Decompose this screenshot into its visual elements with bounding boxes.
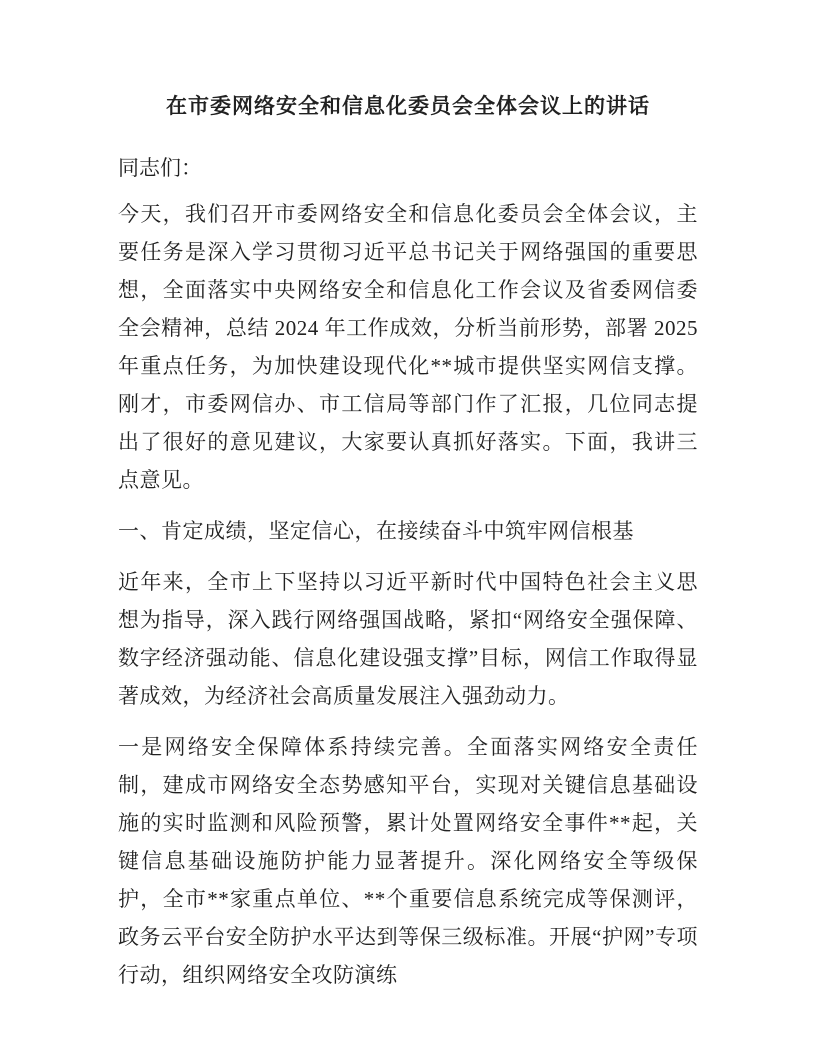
document-title: 在市委网络安全和信息化委员会全体会议上的讲话 [118, 87, 698, 125]
document-page: 在市委网络安全和信息化委员会全体会议上的讲话 同志们： 今天，我们召开市委网络安… [0, 0, 816, 1056]
paragraph-network-security-system: 一是网络安全保障体系持续完善。全面落实网络安全责任制，建成市网络安全态势感知平台… [118, 728, 698, 994]
paragraph-opening: 今天，我们召开市委网络安全和信息化委员会全体会议，主要任务是深入学习贯彻习近平总… [118, 195, 698, 499]
section-heading-1: 一、肯定成绩，坚定信心，在接续奋斗中筑牢网信根基 [118, 512, 698, 550]
paragraph-overall-achievements: 近年来，全市上下坚持以习近平新时代中国特色社会主义思想为指导，深入践行网络强国战… [118, 563, 698, 715]
salutation: 同志们： [118, 149, 698, 187]
